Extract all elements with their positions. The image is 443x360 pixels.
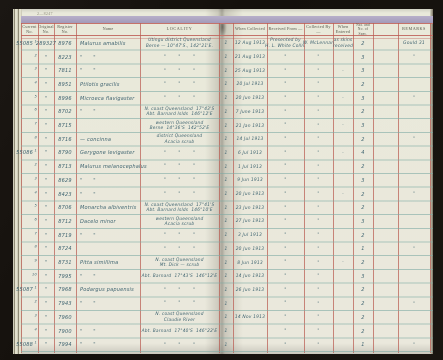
cell-orig: " bbox=[38, 297, 54, 311]
cell-loc: " " " bbox=[140, 78, 219, 92]
cell-q: 1 bbox=[219, 51, 233, 65]
cell-cur: 2 bbox=[21, 160, 38, 174]
cell-name bbox=[76, 119, 140, 133]
cell-q: 1 bbox=[219, 147, 233, 161]
cell-q: 1 bbox=[219, 160, 233, 174]
cell-q: 1 bbox=[219, 229, 233, 243]
cell-cur: 3 bbox=[21, 64, 38, 78]
cell-from: " bbox=[267, 64, 304, 78]
cell-ent bbox=[333, 215, 353, 229]
cell-spec: 4 bbox=[353, 147, 373, 161]
cell-ent bbox=[333, 51, 353, 65]
cell-q: 1 bbox=[219, 256, 233, 270]
cell-q: 1 bbox=[219, 92, 233, 106]
cell-q: 1 bbox=[219, 133, 233, 147]
column-header-received-from: Received From — bbox=[267, 24, 304, 35]
cell-reg: 8715 bbox=[54, 119, 76, 133]
cell-ent bbox=[333, 325, 353, 339]
cell-orig: " bbox=[38, 243, 54, 257]
cell-coll: " bbox=[304, 78, 333, 92]
cell-from: " bbox=[267, 106, 304, 120]
cell-orig: " bbox=[38, 256, 54, 270]
cell-reg: 8713 bbox=[54, 160, 76, 174]
cell-name: " " bbox=[76, 174, 140, 188]
column-header-current-no: Current No. bbox=[21, 24, 38, 35]
cell-coll: " bbox=[304, 256, 333, 270]
cell-date bbox=[233, 325, 267, 339]
table-row: 7"8715western QueenslandBerne 14°36'S 14… bbox=[21, 119, 433, 133]
cell-from: " bbox=[267, 188, 304, 202]
cell-coll: " bbox=[304, 106, 333, 120]
table-row: 4"8951Ptilotis gracilis" " "120 Jul 1913… bbox=[21, 78, 433, 92]
cell-date: 6 Jul 1913 bbox=[233, 147, 267, 161]
cell-date: 1 Jul 1913 bbox=[233, 160, 267, 174]
cell-spec: 3 bbox=[353, 270, 373, 284]
table-row: 2"8223" "" " "121 Aug 1913""3" bbox=[21, 51, 433, 65]
cell-from: Presented byH. L. White Colln. bbox=[267, 37, 304, 51]
cell-ent bbox=[333, 106, 353, 120]
cell-ent bbox=[333, 229, 353, 243]
column-header-when-entered: When Entered bbox=[333, 24, 353, 35]
cell-orig: " bbox=[38, 160, 54, 174]
cell-reg: 7811 bbox=[54, 64, 76, 78]
cell-loc: " " " bbox=[140, 297, 219, 311]
cell-from: " bbox=[267, 133, 304, 147]
table-row: 6"8702" "N. coast Queensland 17°43'SAbt.… bbox=[21, 106, 433, 120]
cell-loc: " " " bbox=[140, 147, 219, 161]
cell-name bbox=[76, 243, 140, 257]
table-row: 3"7811" "" " "125 Aug 1913""-3 bbox=[21, 64, 433, 78]
cell-date: 3 Jul 1913 bbox=[233, 229, 267, 243]
cell-cur: 2 bbox=[21, 51, 38, 65]
cell-coll: " bbox=[304, 160, 333, 174]
cell-reg: 7960 bbox=[54, 311, 76, 325]
cell-loc: N. coast Queensland 17°41'SAbt. Barnard … bbox=[140, 201, 219, 215]
cell-ent: - bbox=[333, 256, 353, 270]
cell-q: 1 bbox=[219, 64, 233, 78]
cell-q: 1 bbox=[219, 338, 233, 352]
cell-orig: " bbox=[38, 338, 54, 352]
cell-reg: 7968 bbox=[54, 284, 76, 298]
cell-loc: N. coast QueenslandMt. Dick — scrub bbox=[140, 256, 219, 270]
cell-spec: 2 bbox=[353, 325, 373, 339]
column-header-when-collected: When Collected bbox=[233, 24, 267, 35]
cell-date: 20 Jun 1913 bbox=[233, 188, 267, 202]
cell-ent bbox=[333, 243, 353, 257]
cell-rem bbox=[398, 119, 430, 133]
cell-reg: 7994 bbox=[54, 338, 76, 352]
cell-ent bbox=[333, 174, 353, 188]
cell-rem: " bbox=[398, 133, 430, 147]
cell-ent: - bbox=[333, 64, 353, 78]
cell-cur: 5 bbox=[21, 92, 38, 106]
cell-cur: 550861 bbox=[21, 147, 38, 161]
cell-loc: " " " bbox=[140, 338, 219, 352]
cell-spec: 2 bbox=[353, 256, 373, 270]
cell-q: 1 bbox=[219, 106, 233, 120]
cell-loc: Utingu district QueenslandBerne — 10°47'… bbox=[140, 37, 219, 51]
cell-reg: 8790 bbox=[54, 147, 76, 161]
cell-spec: 2 bbox=[353, 284, 373, 298]
cell-ent bbox=[333, 78, 353, 92]
cell-cur: 8 bbox=[21, 133, 38, 147]
cell-rem bbox=[398, 64, 430, 78]
cell-name: " " bbox=[76, 188, 140, 202]
cell-ent: - bbox=[333, 147, 353, 161]
cell-rem bbox=[398, 201, 430, 215]
cell-reg: 8716 bbox=[54, 133, 76, 147]
cell-q: 1 bbox=[219, 201, 233, 215]
cell-orig: " bbox=[38, 119, 54, 133]
cell-spec: 3 bbox=[353, 215, 373, 229]
cell-loc: " " " bbox=[140, 174, 219, 188]
cell-coll: " bbox=[304, 325, 333, 339]
cell-cur: 3 bbox=[21, 174, 38, 188]
cell-rem bbox=[398, 229, 430, 243]
cell-loc: " " " bbox=[140, 92, 219, 106]
table-row: 550871"7968Podargus papuensis" " "126 Ju… bbox=[21, 284, 433, 298]
cell-cur: 4 bbox=[21, 188, 38, 202]
cell-reg: 8731 bbox=[54, 256, 76, 270]
cell-date: 14 Nov 1913 bbox=[233, 311, 267, 325]
table-row: 2"7943" "" " "1""2" bbox=[21, 297, 433, 311]
cell-date: 14 Jun 1913 bbox=[233, 270, 267, 284]
cell-rem: " bbox=[398, 51, 430, 65]
cell-loc: " " " bbox=[140, 160, 219, 174]
table-row: 5"8706Monarcha albiventrisN. coast Queen… bbox=[21, 201, 433, 215]
cell-q: 1 bbox=[219, 297, 233, 311]
cell-ent bbox=[333, 201, 353, 215]
cell-reg: 8976 bbox=[54, 37, 76, 51]
cell-ent bbox=[333, 297, 353, 311]
cell-from: " bbox=[267, 243, 304, 257]
cell-loc: " " " bbox=[140, 64, 219, 78]
cell-spec: 1 bbox=[353, 338, 373, 352]
cell-reg: 8629 bbox=[54, 174, 76, 188]
cell-loc: Abt. Barnard 17°40'S 146°22'E bbox=[140, 325, 219, 339]
cell-name: " " bbox=[76, 106, 140, 120]
cell-name: Dacelo minor bbox=[76, 215, 140, 229]
table-row: 3"8629" "" " "19 Jun 1913""3 bbox=[21, 174, 433, 188]
cell-q: 1 bbox=[219, 188, 233, 202]
cell-cur: 8 bbox=[21, 243, 38, 257]
cell-name: " " bbox=[76, 270, 140, 284]
table-row: 3"7960N. coast QueenslandClaudie River11… bbox=[21, 311, 433, 325]
cell-rem: " bbox=[398, 243, 430, 257]
cell-cur: 10 bbox=[21, 270, 38, 284]
cell-spec: 3 bbox=[353, 51, 373, 65]
cell-loc: " " " bbox=[140, 229, 219, 243]
cell-orig: " bbox=[38, 201, 54, 215]
cell-coll: " bbox=[304, 270, 333, 284]
cell-name: " " bbox=[76, 297, 140, 311]
cell-date: 21 Jan 1913 bbox=[233, 119, 267, 133]
cell-coll: " bbox=[304, 133, 333, 147]
table-row: 6"8712Dacelo minorwestern QueenslandAcac… bbox=[21, 215, 433, 229]
cell-cur: 550881 bbox=[21, 338, 38, 352]
cell-spec: 2 bbox=[353, 106, 373, 120]
cell-name: Microeca flavigaster bbox=[76, 92, 140, 106]
cell-from: " bbox=[267, 119, 304, 133]
cell-reg: 7900 bbox=[54, 325, 76, 339]
cell-reg: 8724 bbox=[54, 243, 76, 257]
cell-q: 1 bbox=[219, 270, 233, 284]
cell-orig: " bbox=[38, 311, 54, 325]
cell-name: Gerygone levigaster bbox=[76, 147, 140, 161]
cell-name bbox=[76, 311, 140, 325]
column-header-no-of-spec: Nat. and No. of Spec. bbox=[353, 24, 373, 35]
column-header-locality: LOCALITY bbox=[140, 24, 219, 35]
cell-reg: 8996 bbox=[54, 92, 76, 106]
cell-date: 20 Jun 1913 bbox=[233, 243, 267, 257]
cell-orig: " bbox=[38, 78, 54, 92]
cell-from: " bbox=[267, 270, 304, 284]
cell-rem bbox=[398, 147, 430, 161]
cell-cur: 3 bbox=[21, 311, 38, 325]
cell-loc: western QueenslandBerne 14°36'S 142°52'E bbox=[140, 119, 219, 133]
cell-rem bbox=[398, 106, 430, 120]
cell-orig: " bbox=[38, 284, 54, 298]
cell-coll: " bbox=[304, 64, 333, 78]
cell-cur: 6 bbox=[21, 215, 38, 229]
cell-coll: W. McLennan bbox=[304, 37, 333, 51]
cell-rem bbox=[398, 311, 430, 325]
cell-cur: 7 bbox=[21, 119, 38, 133]
cell-cur: 4 bbox=[21, 78, 38, 92]
cell-rem bbox=[398, 325, 430, 339]
cell-orig: " bbox=[38, 133, 54, 147]
cell-reg: 8423 bbox=[54, 188, 76, 202]
cell-name: Ptilotis gracilis bbox=[76, 78, 140, 92]
cell-q: 1 bbox=[219, 215, 233, 229]
cell-coll: " bbox=[304, 201, 333, 215]
cell-spec: 3 bbox=[353, 92, 373, 106]
ledger-page: 2—8247 Current No. Original No. Register… bbox=[13, 9, 433, 354]
cell-from: " bbox=[267, 229, 304, 243]
table-row: 8"8716— concinnadistrict QueenslandAcaci… bbox=[21, 133, 433, 147]
cell-q: 1 bbox=[219, 243, 233, 257]
cell-orig: " bbox=[38, 215, 54, 229]
cell-q: 1 bbox=[219, 325, 233, 339]
cell-cur: 4 bbox=[21, 325, 38, 339]
cell-orig: " bbox=[38, 147, 54, 161]
cell-orig: " bbox=[38, 92, 54, 106]
cell-from: " bbox=[267, 256, 304, 270]
cell-orig: " bbox=[38, 51, 54, 65]
cell-name: " " bbox=[76, 51, 140, 65]
cell-loc: " " " bbox=[140, 243, 219, 257]
cell-name: Monarcha albiventris bbox=[76, 201, 140, 215]
column-header-original-no: Original No. bbox=[38, 24, 54, 35]
cell-name: " " bbox=[76, 64, 140, 78]
cell-coll: " bbox=[304, 174, 333, 188]
cell-orig: 289327 bbox=[38, 37, 54, 51]
cell-orig: " bbox=[38, 325, 54, 339]
cell-rem bbox=[398, 215, 430, 229]
cell-date: 20 Jun 1913 bbox=[233, 92, 267, 106]
cell-rem: " bbox=[398, 188, 430, 202]
cell-rem: " bbox=[398, 297, 430, 311]
cell-loc: Abt. Barnard 17°43'S 146°12'E bbox=[140, 270, 219, 284]
cell-rem bbox=[398, 256, 430, 270]
cell-name: Podargus papuensis bbox=[76, 284, 140, 298]
cell-q: 1 bbox=[219, 37, 233, 51]
cell-ent bbox=[333, 284, 353, 298]
cell-name: " " bbox=[76, 338, 140, 352]
cell-from: " bbox=[267, 284, 304, 298]
cell-date: 9 Jun 1913 bbox=[233, 174, 267, 188]
cell-ent: as skinsreceived bbox=[333, 37, 353, 51]
cell-from: " bbox=[267, 147, 304, 161]
cell-spec: 2 bbox=[353, 229, 373, 243]
cell-cur: 6 bbox=[21, 106, 38, 120]
cell-coll: " bbox=[304, 229, 333, 243]
cell-spec: 2 bbox=[353, 201, 373, 215]
cell-reg: 8706 bbox=[54, 201, 76, 215]
ledger-rows: 5508512893278976Malurus amabilisUtingu d… bbox=[21, 37, 433, 353]
cell-reg: 8719 bbox=[54, 229, 76, 243]
cell-coll: " bbox=[304, 215, 333, 229]
cell-from: " bbox=[267, 201, 304, 215]
cell-date: 12 Aug 1913 bbox=[233, 37, 267, 51]
cell-spec: 2 bbox=[353, 297, 373, 311]
cell-spec: 2 bbox=[353, 188, 373, 202]
cell-loc: " " " bbox=[140, 284, 219, 298]
cell-rem bbox=[398, 78, 430, 92]
cell-q: 1 bbox=[219, 78, 233, 92]
cell-spec: 3 bbox=[353, 119, 373, 133]
cell-from: " bbox=[267, 174, 304, 188]
table-row: 5"8996Microeca flavigaster" " "120 Jun 1… bbox=[21, 92, 433, 106]
cell-rem bbox=[398, 270, 430, 284]
cell-cur: 2 bbox=[21, 297, 38, 311]
cell-ent bbox=[333, 160, 353, 174]
cell-loc: N. coast Queensland 17°43'SAbt. Barnard … bbox=[140, 106, 219, 120]
cell-name: Malurus amabilis bbox=[76, 37, 140, 51]
cell-orig: " bbox=[38, 270, 54, 284]
cell-from: " bbox=[267, 92, 304, 106]
cell-loc: western QueenslandAcacia scrub bbox=[140, 215, 219, 229]
cell-name: " " bbox=[76, 229, 140, 243]
cell-cur: 9 bbox=[21, 256, 38, 270]
cell-date: 23 Jun 1913 bbox=[233, 201, 267, 215]
cell-ent: - bbox=[333, 188, 353, 202]
cell-date: 25 Aug 1913 bbox=[233, 64, 267, 78]
cell-q: 1 bbox=[219, 284, 233, 298]
cell-from: " bbox=[267, 160, 304, 174]
cell-spec: 2 bbox=[353, 311, 373, 325]
cell-q: 1 bbox=[219, 119, 233, 133]
cell-coll: " bbox=[304, 51, 333, 65]
cell-orig: " bbox=[38, 229, 54, 243]
cell-date: 26 Jun 1913 bbox=[233, 284, 267, 298]
cell-reg: 8712 bbox=[54, 215, 76, 229]
cell-spec: 3 bbox=[353, 64, 373, 78]
table-row: 9"8731Pitta simillimaN. coast Queensland… bbox=[21, 256, 433, 270]
cell-name: Malurus melanocephalus bbox=[76, 160, 140, 174]
cell-rem bbox=[398, 160, 430, 174]
cell-from: " bbox=[267, 325, 304, 339]
cell-name: — concinna bbox=[76, 133, 140, 147]
table-row: 550881"7994" "" " "1""1" bbox=[21, 338, 433, 352]
cell-coll: " bbox=[304, 284, 333, 298]
table-row: 2"8713Malurus melanocephalus" " "11 Jul … bbox=[21, 160, 433, 174]
cell-from: " bbox=[267, 51, 304, 65]
column-header-name: Name bbox=[76, 24, 140, 35]
table-row: 5508512893278976Malurus amabilisUtingu d… bbox=[21, 37, 433, 51]
cell-reg: 7943 bbox=[54, 297, 76, 311]
cell-cur: 5 bbox=[21, 201, 38, 215]
scan-frame: 2—8247 Current No. Original No. Register… bbox=[0, 0, 443, 360]
cell-from: " bbox=[267, 338, 304, 352]
cell-orig: " bbox=[38, 106, 54, 120]
cell-orig: " bbox=[38, 174, 54, 188]
table-row: 8"8724" " "120 Jun 1913""1" bbox=[21, 243, 433, 257]
cell-rem: Gould 31 bbox=[398, 37, 430, 51]
cell-coll: " bbox=[304, 297, 333, 311]
cell-reg: 8702 bbox=[54, 106, 76, 120]
cell-rem bbox=[398, 284, 430, 298]
cell-rem: " bbox=[398, 338, 430, 352]
cell-coll: " bbox=[304, 338, 333, 352]
cell-name: Pitta simillima bbox=[76, 256, 140, 270]
cell-date: 14 Jul 1913 bbox=[233, 133, 267, 147]
cell-ent: - bbox=[333, 119, 353, 133]
cell-date: 20 Jul 1913 bbox=[233, 78, 267, 92]
cell-spec: 2 bbox=[353, 78, 373, 92]
cell-date bbox=[233, 338, 267, 352]
column-header-collected-by: Collected By — bbox=[304, 24, 333, 35]
cell-cur: 7 bbox=[21, 229, 38, 243]
cell-reg: 7995 bbox=[54, 270, 76, 284]
cell-spec: 2 bbox=[353, 160, 373, 174]
cell-spec: 2 bbox=[353, 37, 373, 51]
table-row: 4"8423" "" " "120 Jun 1913""-2" bbox=[21, 188, 433, 202]
cell-orig: " bbox=[38, 188, 54, 202]
cell-q: 1 bbox=[219, 311, 233, 325]
cell-q: 1 bbox=[219, 174, 233, 188]
cell-from: " bbox=[267, 215, 304, 229]
cell-ent bbox=[333, 270, 353, 284]
cell-rem: " bbox=[398, 92, 430, 106]
cell-loc: N. coast QueenslandClaudie River bbox=[140, 311, 219, 325]
cell-from: " bbox=[267, 311, 304, 325]
cell-loc: " " " bbox=[140, 51, 219, 65]
cell-from: " bbox=[267, 78, 304, 92]
cell-date: 7 June 1913 bbox=[233, 106, 267, 120]
cell-coll: " bbox=[304, 311, 333, 325]
cell-cur: 550871 bbox=[21, 284, 38, 298]
table-row: 4"7900" "Abt. Barnard 17°40'S 146°22'E1"… bbox=[21, 325, 433, 339]
column-header-remarks: REMARKS bbox=[398, 24, 430, 35]
cell-loc: " " " bbox=[140, 188, 219, 202]
cell-spec: 1 bbox=[353, 243, 373, 257]
cell-date: 8 Jun 1913 bbox=[233, 256, 267, 270]
cell-ent bbox=[333, 133, 353, 147]
cell-from: " bbox=[267, 297, 304, 311]
cell-coll: " bbox=[304, 119, 333, 133]
table-row: 7"8719" "" " "13 Jul 1913""2 bbox=[21, 229, 433, 243]
cell-coll: " bbox=[304, 92, 333, 106]
cell-spec: 2 bbox=[353, 133, 373, 147]
cell-spec: 3 bbox=[353, 174, 373, 188]
cell-reg: 8951 bbox=[54, 78, 76, 92]
cell-reg: 8223 bbox=[54, 51, 76, 65]
table-row: 550861"8790Gerygone levigaster" " "16 Ju… bbox=[21, 147, 433, 161]
cell-coll: " bbox=[304, 147, 333, 161]
cell-date bbox=[233, 297, 267, 311]
cell-ent: - bbox=[333, 92, 353, 106]
